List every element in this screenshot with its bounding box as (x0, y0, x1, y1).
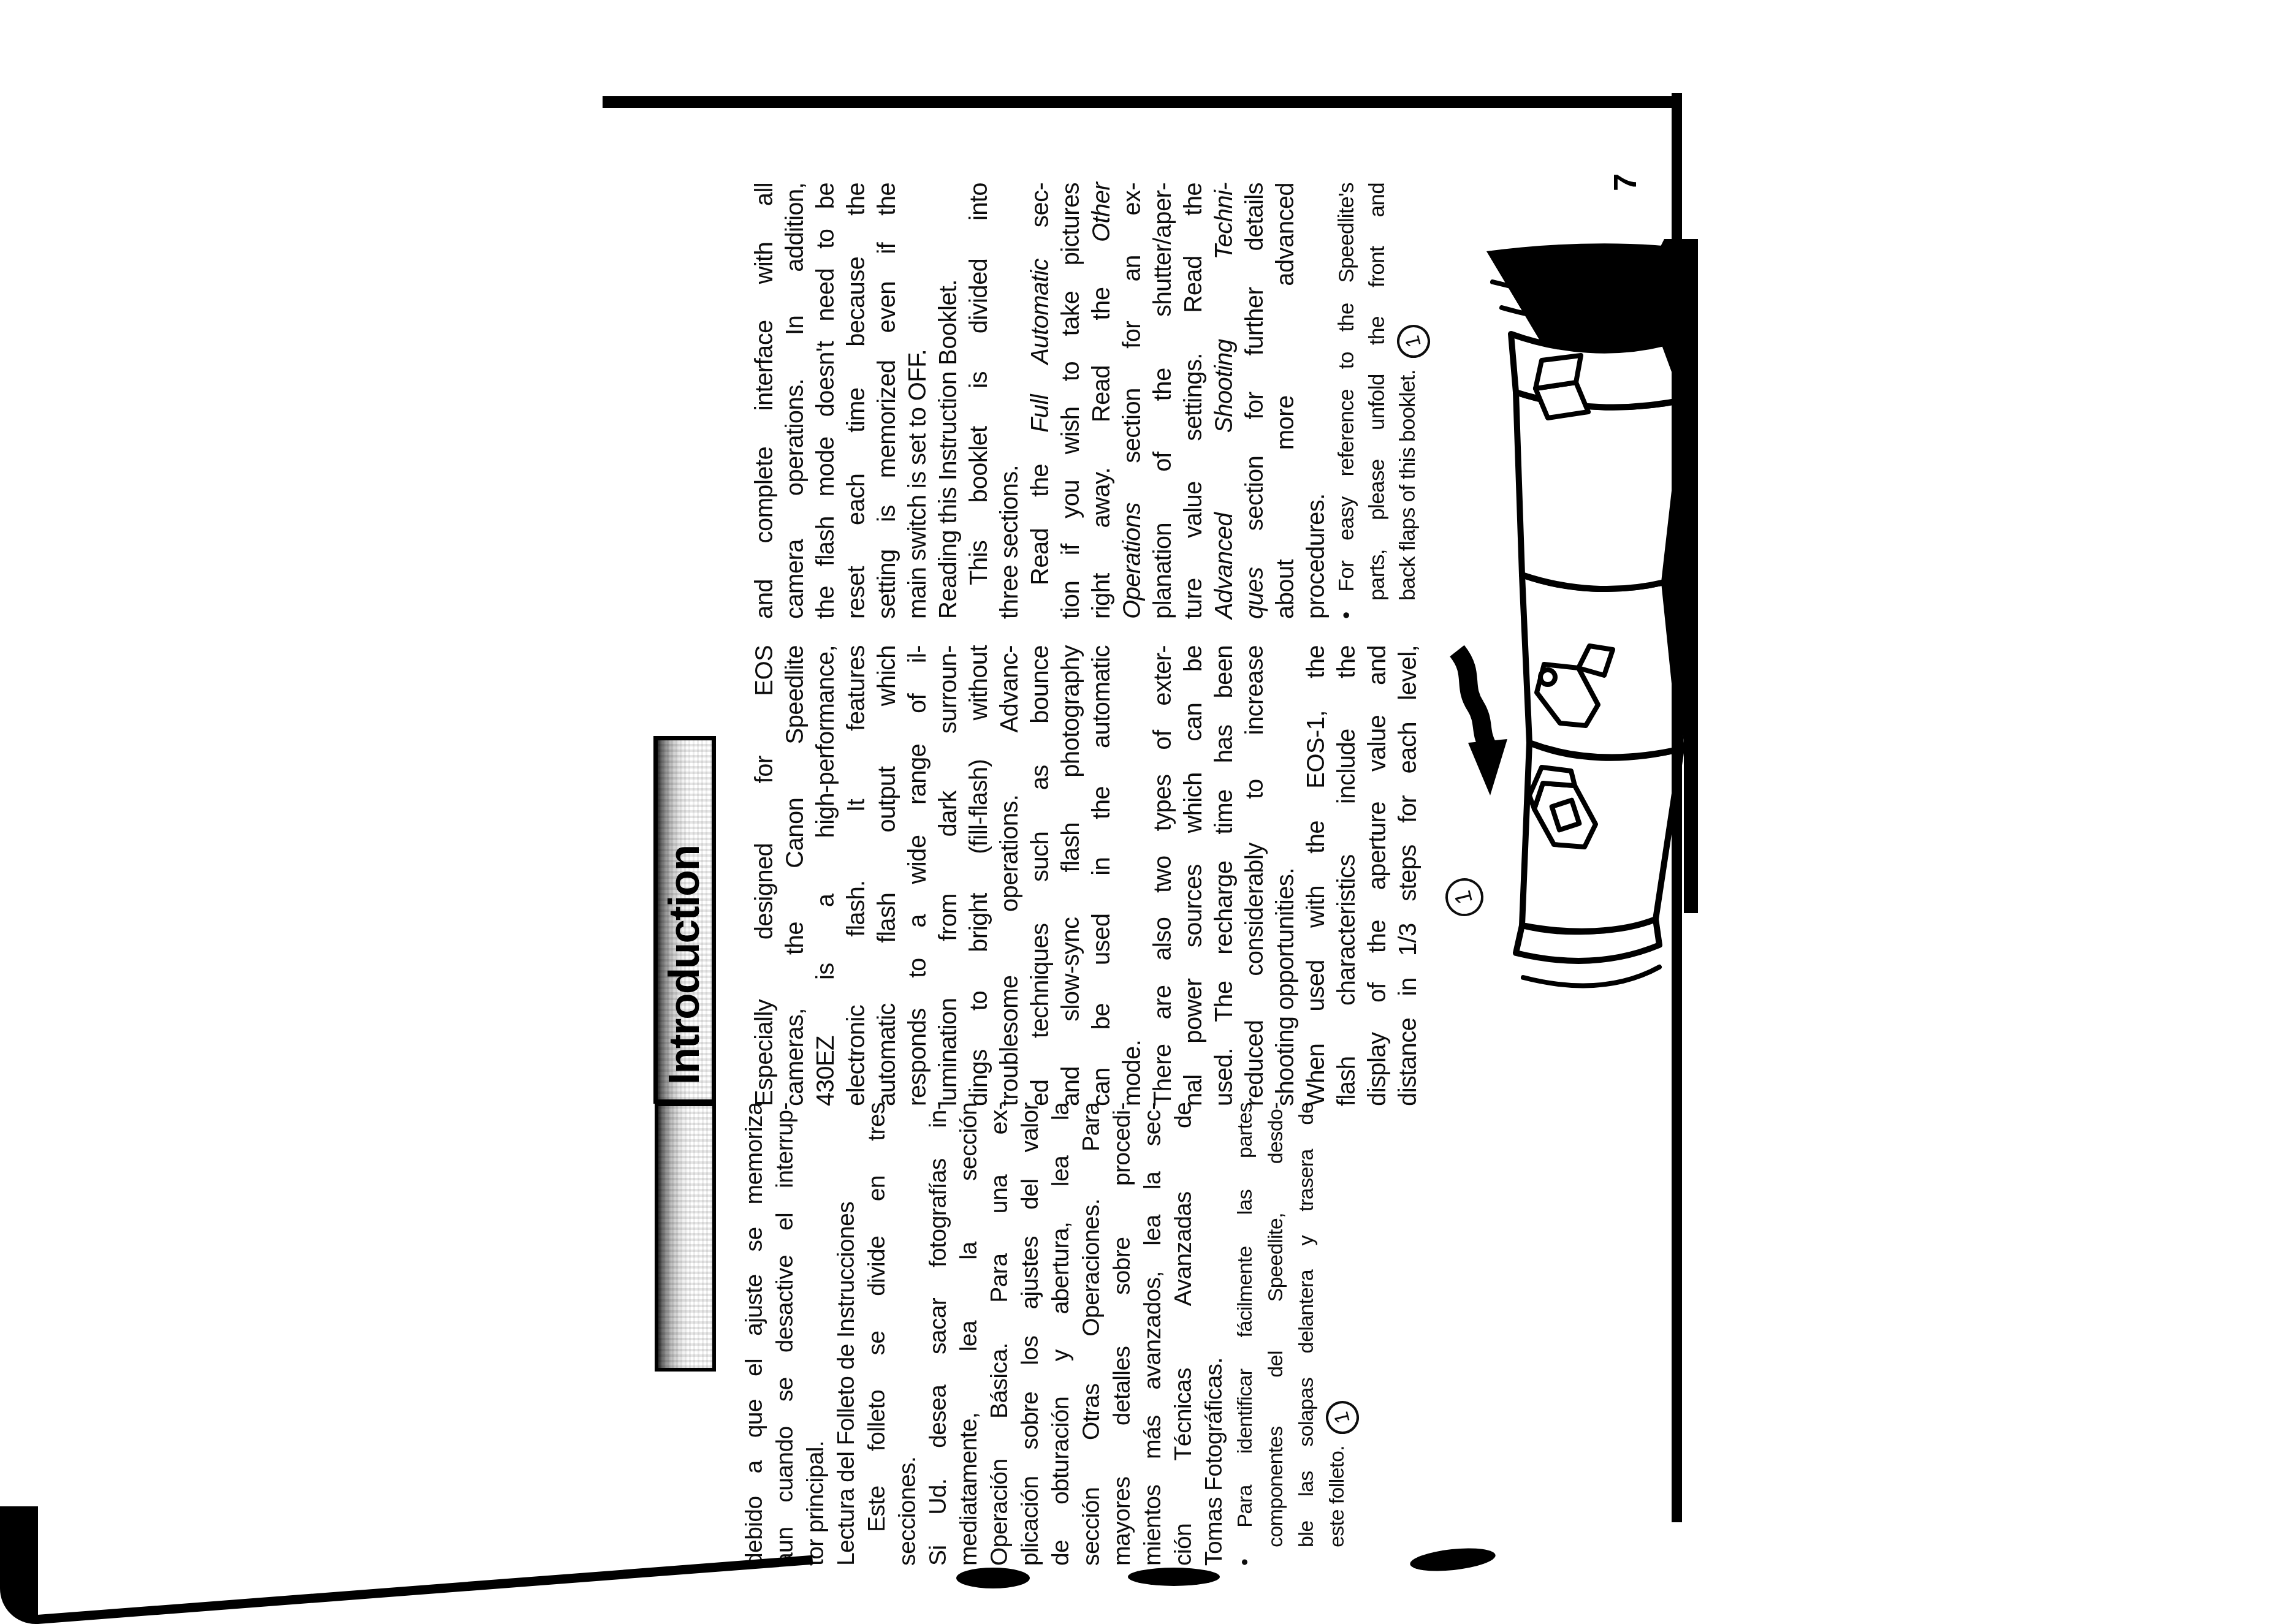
english-text-column-1: Especially designed for EOScameras, the … (749, 645, 1474, 1106)
text-line: back flaps of this booklet. 1 (1393, 183, 1423, 619)
text-line: este folleto. 1 (1322, 1102, 1352, 1566)
text-line: can be used in the automatic (1086, 645, 1117, 1106)
text-line: Lectura del Folleto de Instrucciones (831, 1102, 862, 1566)
text-line: ed techniques such as bounce (1025, 645, 1056, 1106)
scan-border-corner (0, 1506, 38, 1624)
english-text-column-2: and complete interface with allcamera op… (749, 183, 1423, 619)
text-line: There are also two types of exter- (1147, 645, 1178, 1106)
text-line: Tomas Fotográficas. (1199, 1102, 1230, 1566)
text-line: and complete interface with all (749, 183, 780, 619)
section-heading-bar-english: Introduction (653, 736, 716, 1104)
text-line: • For easy reference to the Speedlite's (1331, 183, 1362, 619)
text-line: plicación sobre los ajustes del valor (1015, 1102, 1046, 1566)
text-line: troublesome operations. Advanc- (994, 645, 1025, 1106)
text-line: procedures. (1301, 183, 1331, 619)
page-number: 7 (1607, 173, 1644, 191)
text-line: responds to a wide range of il- (902, 645, 933, 1106)
text-line: flash characteristics include the (1331, 645, 1362, 1106)
text-line: used. The recharge time has been (1209, 645, 1239, 1106)
manual-page-sheet: Introduction debido a que el ajuste se m… (0, 0, 2295, 1624)
text-line: about more advanced (1270, 183, 1301, 619)
text-line: • Para identificar fácilmente las partes (1230, 1102, 1260, 1566)
text-line: tor principal. (801, 1102, 831, 1566)
scan-border-bottom (1672, 93, 1682, 1522)
text-line: This booklet is divided into (964, 183, 994, 619)
circled-one-marker: 1 (1322, 1397, 1362, 1437)
text-line: mediatamente, lea la sección (954, 1102, 984, 1566)
text-line: de obturación y abertura, lea la (1046, 1102, 1076, 1566)
text-line: setting is memorized even if the (872, 183, 902, 619)
text-line: ble las solapas delantera y trasera de (1291, 1102, 1322, 1566)
text-line: dings to bright (fill-flash) without (964, 645, 994, 1106)
scan-border-right (603, 96, 1681, 108)
text-line: parts, please unfold the front and (1362, 183, 1393, 619)
scan-edge-blob (1409, 1545, 1497, 1574)
text-line: Reading this Instruction Booklet. (933, 183, 964, 619)
scan-edge-blob (1128, 1568, 1220, 1586)
text-line: Especially designed for EOS (749, 645, 780, 1106)
text-line: main switch is set to OFF. (902, 183, 933, 619)
text-line: ción Técnicas Avanzadas de (1168, 1102, 1199, 1566)
text-line: mayores detalles sobre procedi- (1107, 1102, 1138, 1566)
text-line: Operations section for an ex- (1117, 183, 1147, 619)
text-line: ques section for further details (1239, 183, 1270, 619)
text-line: camera operations. In addition, (780, 183, 810, 619)
text-line: Este folleto se divide en tres (862, 1102, 893, 1566)
page-title: Introduction (658, 740, 712, 1099)
scan-edge-blob (956, 1568, 1030, 1588)
text-line: display of the aperture value and (1362, 645, 1393, 1106)
text-line: electronic flash. It features (841, 645, 872, 1106)
mini-booklet-sketch (1536, 355, 1588, 418)
text-line: automatic flash output which (872, 645, 902, 1106)
text-line: Si Ud. desea sacar fotografías in- (923, 1102, 954, 1566)
scan-border-left (37, 1555, 813, 1624)
text-line: 430EZ is a high-performance, (810, 645, 841, 1106)
text-line: and slow-sync flash photography (1056, 645, 1086, 1106)
text-line: planation of the shutter/aper- (1147, 183, 1178, 619)
scanned-page-stage: Introduction debido a que el ajuste se m… (0, 0, 2295, 1624)
text-line: right away. Read the Other (1086, 183, 1117, 619)
text-line: debido a que el ajuste se memoriza (739, 1102, 770, 1566)
text-line: reset each time because the (841, 183, 872, 619)
booklet-unfold-illustration (1444, 214, 1698, 1011)
unfold-arrow-icon (1457, 651, 1507, 795)
text-line: ture value settings. Read the (1178, 183, 1209, 619)
text-line: mientos más avanzados, lea la sec- (1138, 1102, 1168, 1566)
circled-one-marker: 1 (1393, 321, 1433, 361)
text-line: cameras, the Canon Speedlite (780, 645, 810, 1106)
text-line: distance in 1/3 steps for each level, (1393, 645, 1423, 1106)
text-line: three sections. (994, 183, 1025, 619)
text-line: shooting opportunities. (1270, 645, 1301, 1106)
text-line: tion if you wish to take pictures (1056, 183, 1086, 619)
text-line: Read the Full Automatic sec- (1025, 183, 1056, 619)
text-line: When used with the EOS-1, the (1301, 645, 1331, 1106)
text-line: sección Otras Operaciones. Para (1076, 1102, 1107, 1566)
text-line: reduced considerably to increase (1239, 645, 1270, 1106)
text-line: Advanced Shooting Techni- (1209, 183, 1239, 619)
text-line: the flash mode doesn't need to be (810, 183, 841, 619)
text-line: aun cuando se desactive el interrup- (770, 1102, 801, 1566)
text-line: nal power sources which can be (1178, 645, 1209, 1106)
spanish-text-column: debido a que el ajuste se memorizaaun cu… (739, 1102, 1352, 1566)
text-line: Operación Básica. Para una ex- (984, 1102, 1015, 1566)
text-line: componentes del Speedlite, desdo- (1260, 1102, 1291, 1566)
text-line: secciones. (893, 1102, 923, 1566)
text-line: mode. (1117, 645, 1147, 1106)
text-line: lumination from dark surroun- (933, 645, 964, 1106)
section-heading-bar-spanish (655, 1102, 716, 1372)
